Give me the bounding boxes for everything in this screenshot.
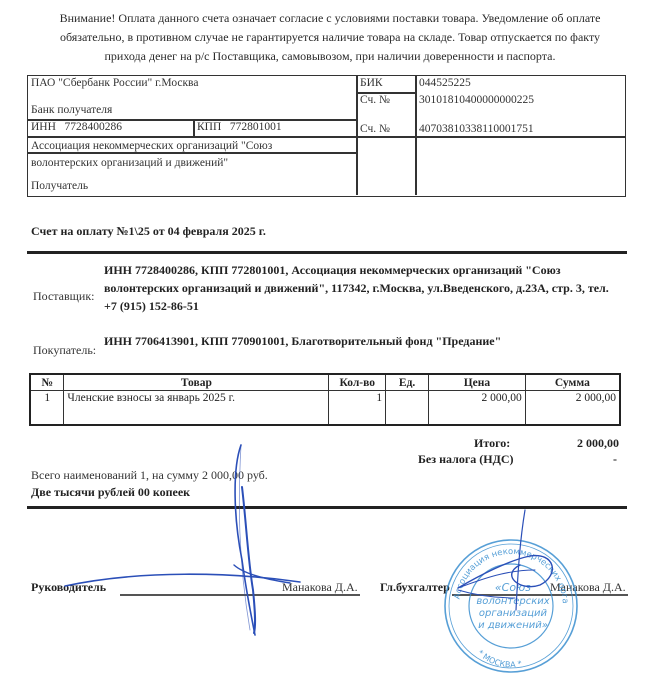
head-label: Руководитель <box>31 580 106 595</box>
recipient-line-1: Ассоциация некоммерческих организаций "С… <box>31 138 272 155</box>
col-price: Цена <box>429 374 526 391</box>
bik-label: БИК <box>360 77 383 89</box>
account-label: Сч. № <box>360 123 390 135</box>
divider <box>27 506 627 509</box>
supplier-details: ИНН 7728400286, КПП 772801001, Ассоциаци… <box>104 261 634 315</box>
inn-value: 7728400286 <box>65 121 123 133</box>
bik-value: 044525225 <box>419 77 471 89</box>
row-quantity: 1 <box>329 391 386 426</box>
col-product: Товар <box>64 374 329 391</box>
row-product: Членские взносы за январь 2025 г. <box>64 391 329 426</box>
bank-label: Банк получателя <box>31 104 112 116</box>
recipient-label: Получатель <box>31 180 88 192</box>
svg-text:волонтерских: волонтерских <box>476 596 549 607</box>
bank-name: ПАО "Сбербанк России" г.Москва <box>31 77 198 89</box>
table-row: 1 Членские взносы за январь 2025 г. 1 2 … <box>30 391 620 426</box>
total-label: Итого: <box>474 436 510 451</box>
corr-account-value: 30101810400000000225 <box>419 94 534 106</box>
vat-label: Без налога (НДС) <box>418 452 514 467</box>
inn-label: ИНН <box>31 121 56 133</box>
payment-notice: Внимание! Оплата данного счета означает … <box>30 9 630 66</box>
notice-line-3: прихода денег на р/с Поставщика, самовыв… <box>30 47 630 66</box>
account-value: 40703810338110001751 <box>419 123 534 135</box>
amount-in-words: Две тысячи рублей 00 копеек <box>31 485 190 500</box>
kpp-value: 772801001 <box>230 121 282 133</box>
total-value: 2 000,00 <box>577 436 619 451</box>
svg-text:* МОСКВА *: * МОСКВА * <box>476 648 523 669</box>
invoice-title: Счет на оплату №1\25 от 04 февраля 2025 … <box>31 224 266 239</box>
supplier-line-2: волонтерских организаций и движений", 11… <box>104 279 634 297</box>
col-sum: Сумма <box>525 374 620 391</box>
items-table: № Товар Кол-во Ед. Цена Сумма 1 Членские… <box>29 373 621 426</box>
divider <box>27 251 627 254</box>
kpp-field: КПП 772801001 <box>197 121 282 133</box>
vat-value: - <box>613 452 617 467</box>
supplier-label: Поставщик: <box>33 289 95 304</box>
accountant-name: Манакова Д.А. <box>550 580 626 595</box>
bank-details-table: ПАО "Сбербанк России" г.Москва Банк полу… <box>27 75 626 197</box>
notice-line-2: обязательно, в противном случае не гаран… <box>30 28 630 47</box>
supplier-line-3: +7 (915) 152-86-51 <box>104 297 634 315</box>
row-price: 2 000,00 <box>429 391 526 426</box>
table-header-row: № Товар Кол-во Ед. Цена Сумма <box>30 374 620 391</box>
svg-text:организаций: организаций <box>479 608 548 619</box>
kpp-label: КПП <box>197 121 221 133</box>
col-quantity: Кол-во <box>329 374 386 391</box>
row-sum: 2 000,00 <box>525 391 620 426</box>
divider <box>193 119 195 136</box>
supplier-line-1: ИНН 7728400286, КПП 772801001, Ассоциаци… <box>104 261 634 279</box>
row-unit <box>386 391 429 426</box>
svg-text:и движений»: и движений» <box>478 620 548 631</box>
head-name: Манакова Д.А. <box>282 580 358 595</box>
col-number: № <box>30 374 64 391</box>
svg-text:«Союз: «Союз <box>495 581 531 594</box>
items-summary: Всего наименований 1, на сумму 2 000,00 … <box>31 468 268 483</box>
recipient-name: Ассоциация некоммерческих организаций "С… <box>31 138 272 172</box>
buyer-details: ИНН 7706413901, КПП 770901001, Благотвор… <box>104 332 501 350</box>
buyer-label: Покупатель: <box>33 343 96 358</box>
row-number: 1 <box>30 391 64 426</box>
inn-field: ИНН 7728400286 <box>31 121 122 133</box>
col-unit: Ед. <box>386 374 429 391</box>
corr-account-label: Сч. № <box>360 94 390 106</box>
notice-line-1: Внимание! Оплата данного счета означает … <box>30 9 630 28</box>
recipient-line-2: волонтерских организаций и движений" <box>31 155 272 172</box>
accountant-label: Гл.бухгалтер <box>380 580 450 595</box>
